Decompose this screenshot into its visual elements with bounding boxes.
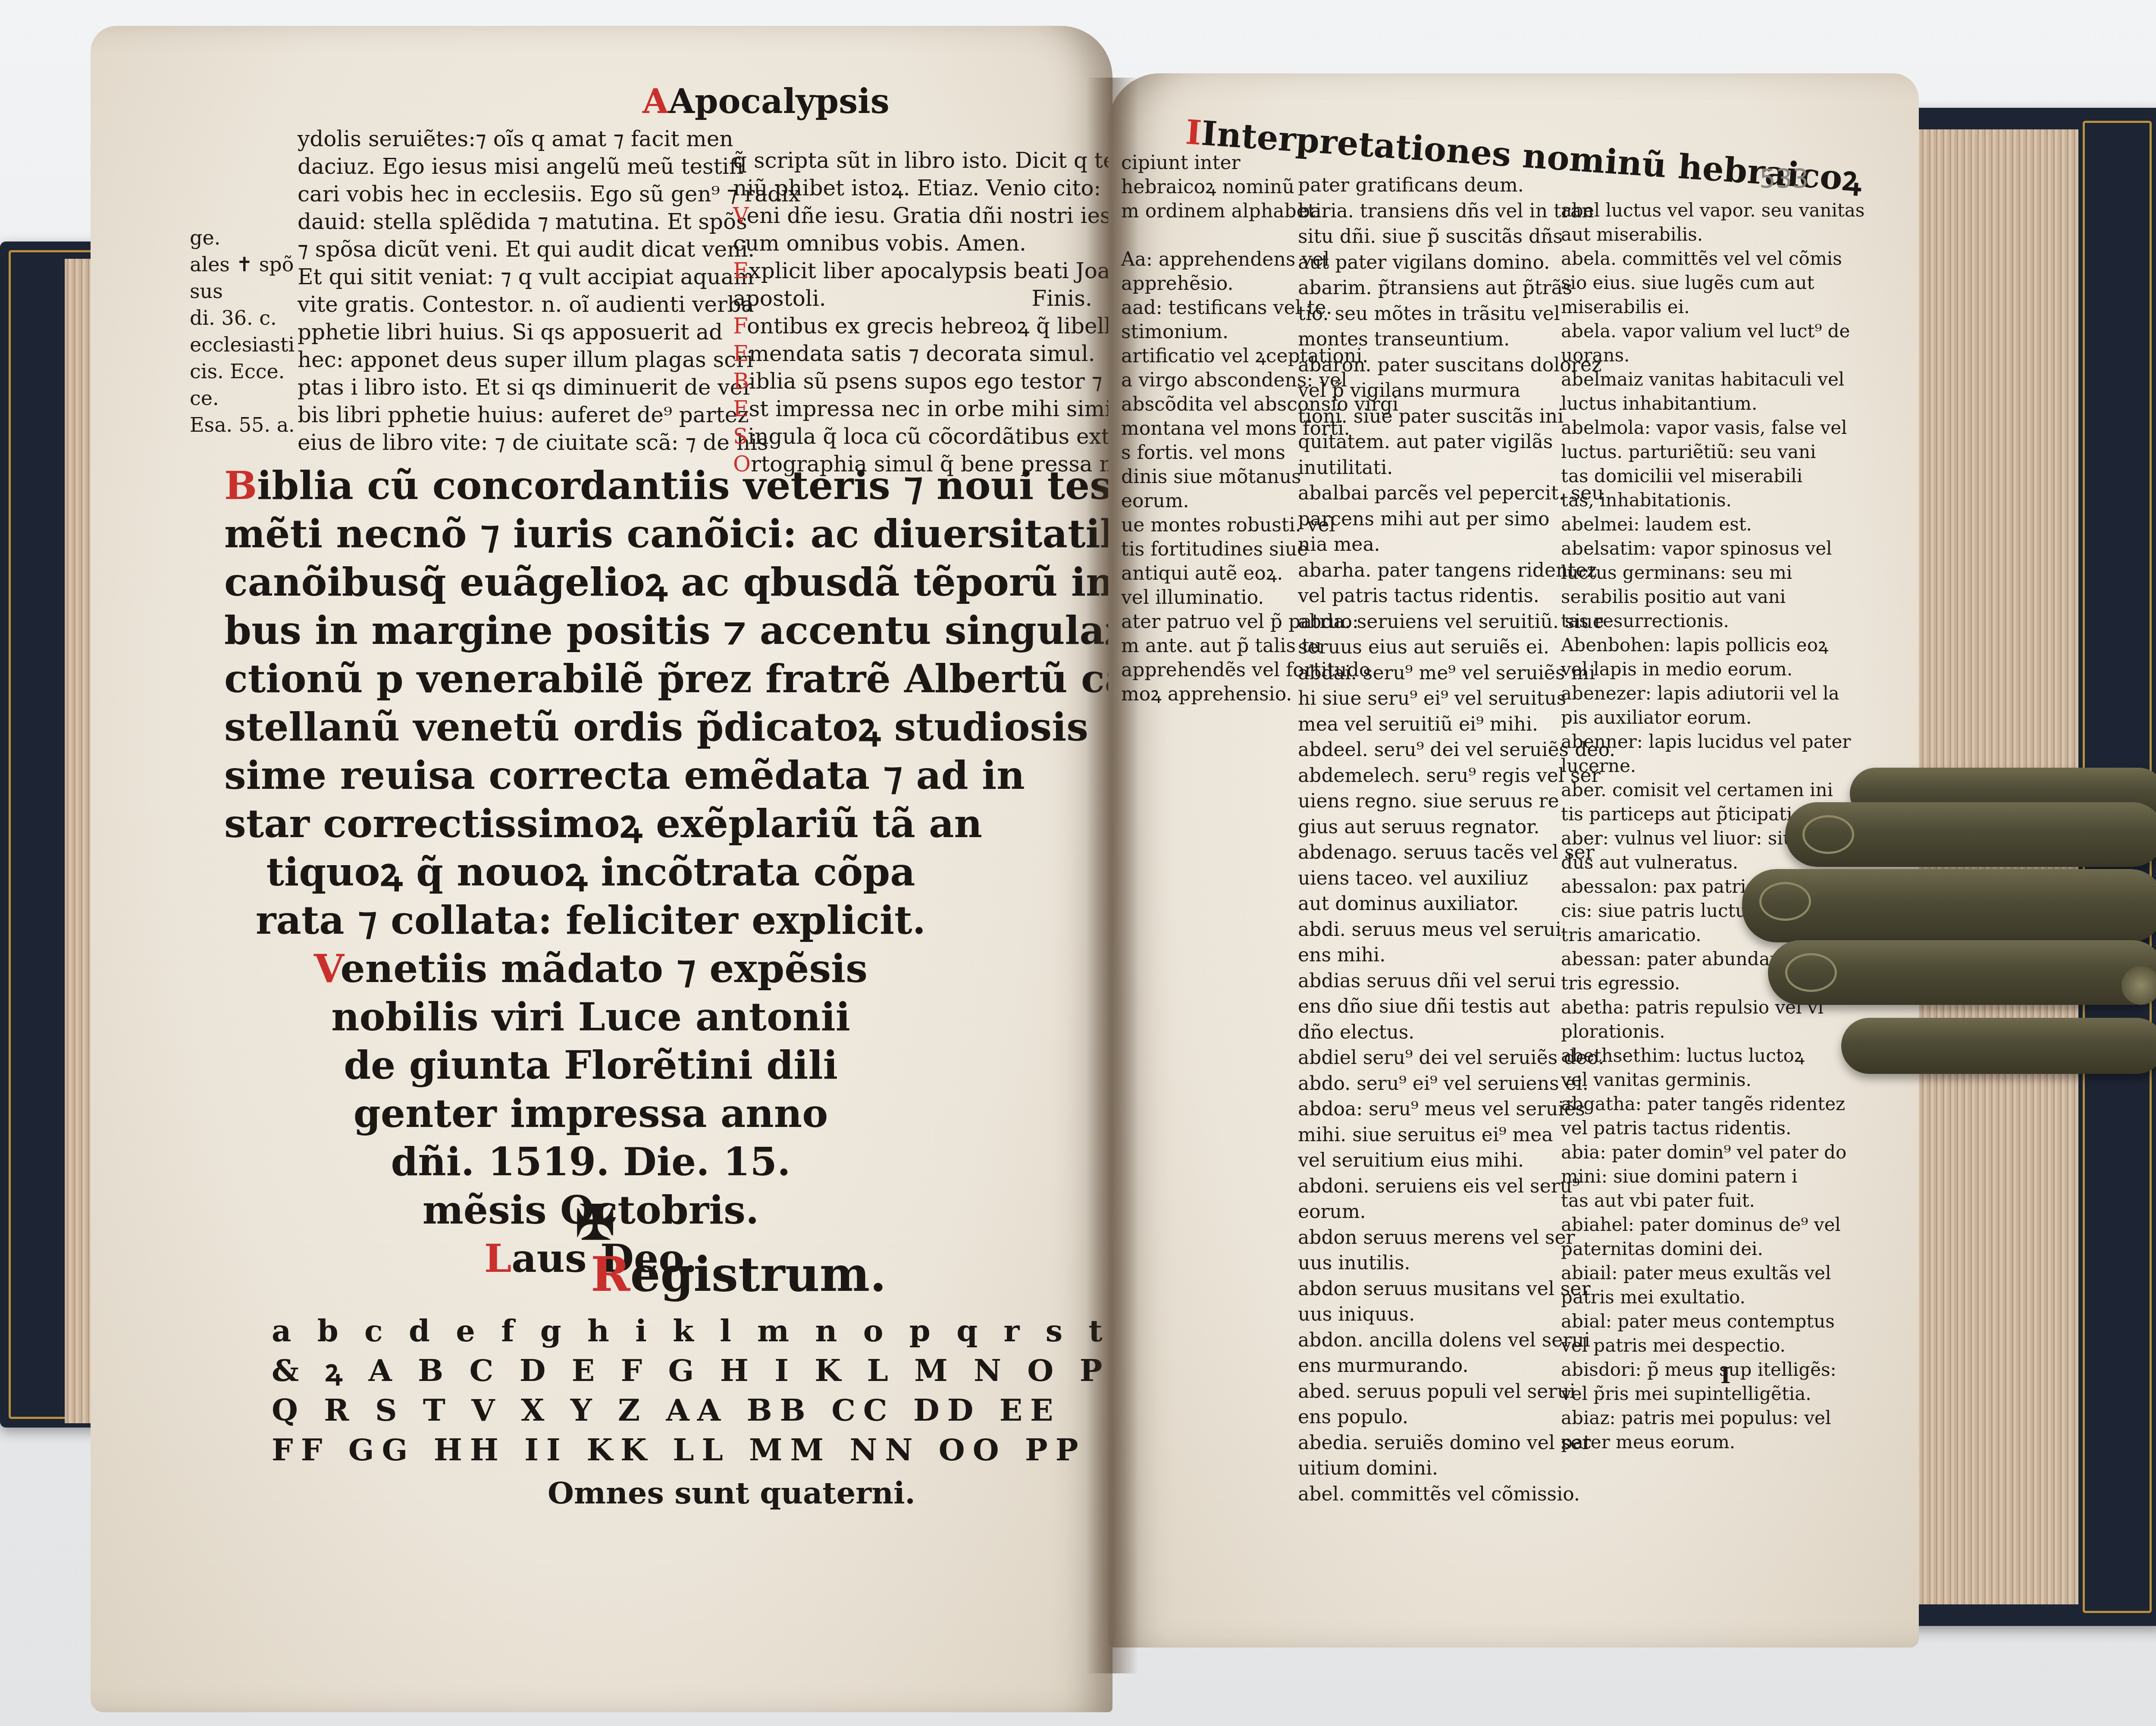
text-line: sio eius. siue lugẽs cum aut — [1561, 271, 1865, 295]
text-line: serabilis positio aut vani — [1561, 585, 1865, 609]
text-line: vel p̃ris mei supintelligẽtia. — [1561, 1382, 1865, 1406]
text-line: abela. vapor valium vel luct⁹ de — [1561, 319, 1865, 343]
text-line: vel lapis in medio eorum. — [1561, 657, 1865, 681]
text-line: vel patris mei despectio. — [1561, 1334, 1865, 1358]
text-line: uorans. — [1561, 343, 1865, 367]
ring-rosette-icon — [2122, 966, 2156, 1005]
text-line: tas resurrectionis. — [1561, 609, 1865, 633]
text-line: canõibusq̃ euãgelioꝝ ac qbusdã tẽporũ in… — [224, 558, 957, 606]
text-line: abelsatim: vapor spinosus vel — [1561, 537, 1865, 561]
text-line: Esa. 55. a. — [190, 411, 295, 438]
text-line: abelmola: vapor vasis, false vel — [1561, 416, 1865, 440]
text-line: miserabilis ei. — [1561, 295, 1865, 319]
text-line: bis libri pphetie huius: auferet de⁹ par… — [298, 401, 800, 429]
text-line: abel. committẽs vel cõmissio. — [1298, 1481, 1615, 1507]
text-line: abel luctus vel vapor. seu vanitas — [1561, 198, 1865, 223]
text-line: ce. — [190, 385, 295, 411]
text-line: mini: siue domini patern i — [1561, 1164, 1865, 1189]
text-line: luctus. parturiẽtiũ: seu vani — [1561, 440, 1865, 464]
fingernail — [1785, 953, 1837, 992]
text-line: Biblia cũ concordantiis veteris ⁊ noui t… — [224, 461, 957, 510]
text-line: pater meus eorum. — [1561, 1430, 1865, 1454]
text-line: aut miserabilis. — [1561, 223, 1865, 247]
text-line: paternitas domini dei. — [1561, 1237, 1865, 1261]
hand-thumb — [1841, 1018, 2156, 1074]
text-line: abisdori: p̃ meus sup itelligẽs: — [1561, 1358, 1865, 1382]
text-line: ge. — [190, 224, 295, 251]
text-line: stellanũ venetũ ordis p̃dicatoꝝ studiosi… — [224, 703, 957, 751]
text-line: ptas i libro isto. Et si qs diminuerit d… — [298, 373, 800, 401]
text-line: di. 36. c. — [190, 304, 295, 331]
fingernail — [1802, 815, 1854, 854]
text-line: vite gratis. Contestor. n. oĩ audienti v… — [298, 291, 800, 318]
left-text-column-1: ydolis seruiẽtes:⁊ oĩs q amat ⁊ facit me… — [298, 125, 800, 456]
left-running-head: AApocalypsis — [642, 82, 890, 121]
text-line: genter impressa anno — [224, 1089, 957, 1138]
text-line: mẽti necnõ ⁊ iuris canõici: ac diuersita… — [224, 510, 957, 558]
text-line: abenezer: lapis adiutorii vel la — [1561, 681, 1865, 706]
text-line: abia: pater domin⁹ vel pater do — [1561, 1140, 1865, 1164]
text-line: sime reuisa correcta emẽdata ⁊ ad in — [224, 751, 957, 800]
text-line: star correctissimoꝝ exẽplariũ tã an — [224, 800, 957, 848]
text-line: ales ✝ spõ — [190, 251, 295, 278]
signature-mark: I — [1720, 1363, 1730, 1388]
text-line: sus — [190, 278, 295, 304]
text-line: tas domicilii vel miserabili — [1561, 464, 1865, 488]
text-line: ydolis seruiẽtes:⁊ oĩs q amat ⁊ facit me… — [298, 125, 800, 153]
text-line: bus in margine positis ⁊ accentu singula… — [224, 606, 957, 655]
text-line: rata ⁊ collata: feliciter explicit. — [224, 896, 957, 945]
text-line: dauid: stella splẽdida ⁊ matutina. Et sp… — [298, 208, 800, 235]
fingernail — [1759, 882, 1811, 921]
pencil-folio-number: 533 — [1759, 164, 1809, 194]
text-line: abela. committẽs vel vel cõmis — [1561, 247, 1865, 271]
text-line: dñi. 1519. Die. 15. — [224, 1138, 957, 1186]
text-line: Venetiis mãdato ⁊ expẽsis — [224, 945, 957, 993]
text-line: ecclesiasti — [190, 331, 295, 358]
register-footer: Omnes sunt quaterni. — [548, 1475, 915, 1511]
text-line: ⁊ spõsa dicũt veni. Et qui audit dicat v… — [298, 235, 800, 263]
text-line: hec: apponet deus super illum plagas scr… — [298, 346, 800, 373]
text-line: tas, inhabitationis. — [1561, 488, 1865, 512]
text-line: cipiunt inter — [1121, 151, 1398, 175]
text-line: cis. Ecce. — [190, 358, 295, 385]
text-line: abiaz: patris mei populus: vel — [1561, 1406, 1865, 1430]
text-line: uitium domini. — [1298, 1456, 1615, 1481]
text-line: abelmei: laudem est. — [1561, 512, 1865, 537]
text-line: luctus germinans: seu mi — [1561, 561, 1865, 585]
text-line: abial: pater meus contemptus — [1561, 1309, 1865, 1334]
cross-icon: ✠ — [552, 1195, 638, 1250]
text-line: abiail: pater meus exultãs vel — [1561, 1261, 1865, 1285]
text-line: Et qui sitit veniat: ⁊ q vult accipiat a… — [298, 263, 800, 291]
text-line: nobilis viri Luce antonii — [224, 993, 957, 1041]
text-line: pater gratificans deum. — [1298, 173, 1615, 198]
text-line: eius de libro vite: ⁊ de ciuitate scã: ⁊… — [298, 429, 800, 456]
bronze-hand-bookweight[interactable] — [1733, 707, 2156, 1139]
text-line: Abenbohen: lapis pollicis eoꝝ — [1561, 633, 1865, 657]
text-line: abelmaiz vanitas habitaculi vel — [1561, 367, 1865, 392]
text-line: patris mei exultatio. — [1561, 1285, 1865, 1309]
left-margin-notes: ge.ales ✝ spõsusdi. 36. c.ecclesiasticis… — [190, 224, 295, 438]
text-line: tas aut vbi pater fuit. — [1561, 1189, 1865, 1213]
register-title: Registrum. — [591, 1246, 886, 1302]
text-line: de giunta Florẽtini dili — [224, 1041, 957, 1089]
hand-finger — [1742, 869, 2156, 942]
hand-finger — [1768, 940, 2156, 1005]
text-line: daciuz. Ego iesus misi angelũ meũ testif… — [298, 153, 800, 180]
running-head-text: Apocalypsis — [669, 82, 890, 121]
text-line: abiahel: pater dominus de⁹ vel — [1561, 1213, 1865, 1237]
text-line: cari vobis hec in ecclesiis. Ego sũ gen⁹… — [298, 180, 800, 208]
text-line: ctionũ p venerabilẽ p̃rez fratrẽ Albertũ… — [224, 655, 957, 703]
text-line: tiquoꝝ q̃ nouoꝝ incõtrata cõpa — [224, 848, 957, 896]
colophon: Biblia cũ concordantiis veteris ⁊ noui t… — [224, 461, 957, 1283]
text-line: pphetie libri huius. Si qs apposuerit ad — [298, 318, 800, 346]
hand-finger — [1785, 802, 2156, 867]
text-line: luctus inhabitantium. — [1561, 392, 1865, 416]
